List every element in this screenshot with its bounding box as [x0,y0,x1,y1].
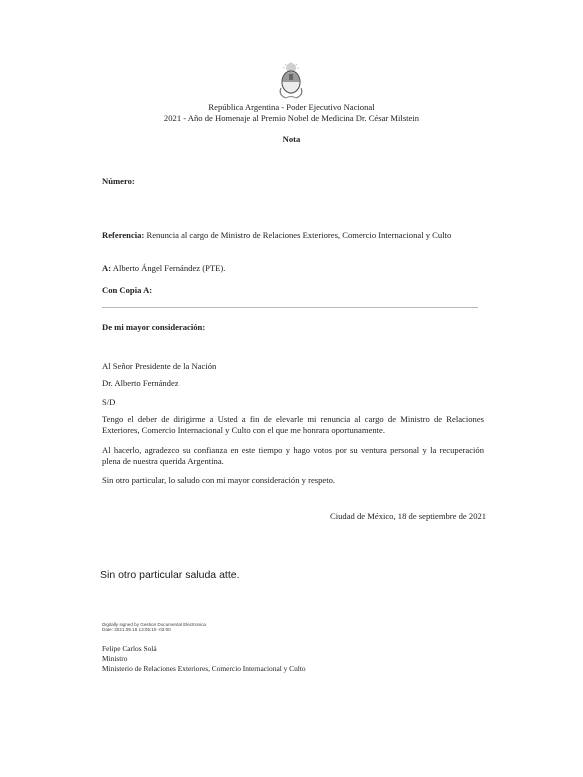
salutation: De mi mayor consideración: [102,322,205,333]
recipient-line-1: Al Señor Presidente de la Nación [102,361,216,372]
divider [102,307,478,308]
recipient-line-2: Dr. Alberto Fernández [102,378,179,389]
body-paragraph-3: Sin otro particular, lo saludo con mi ma… [102,475,484,486]
place-date: Ciudad de México, 18 de septiembre de 20… [330,511,486,522]
a-field: A: Alberto Ángel Fernández (PTE). [102,263,225,274]
argentina-coat-of-arms-icon [276,62,306,100]
signer-title: Ministro [102,654,127,664]
digital-signature-line-2: Date: 2021.09.18 13:05:10 -03:00 [102,627,171,632]
signer-name: Felipe Carlos Solá [102,644,157,654]
header-line-2: 2021 - Año de Homenaje al Premio Nobel d… [0,113,583,124]
referencia-value: Renuncia al cargo de Ministro de Relacio… [144,230,451,240]
recipient-line-3: S/D [102,397,115,408]
a-label: A: [102,263,111,273]
closing-text: Sin otro particular saluda atte. [100,569,240,581]
numero-label: Número: [102,176,135,187]
a-value: Alberto Ángel Fernández (PTE). [111,263,225,273]
document-type: Nota [0,134,583,145]
body-paragraph-1: Tengo el deber de dirigirme a Usted a fi… [102,414,484,436]
signer-ministry: Ministerio de Relaciones Exteriores, Com… [102,664,306,674]
con-copia-label: Con Copia A: [102,285,152,296]
header-line-1: República Argentina - Poder Ejecutivo Na… [0,102,583,113]
referencia-label: Referencia: [102,230,144,240]
body-paragraph-2: Al hacerlo, agradezco su confianza en es… [102,445,484,467]
referencia-field: Referencia: Renuncia al cargo de Ministr… [102,230,451,241]
